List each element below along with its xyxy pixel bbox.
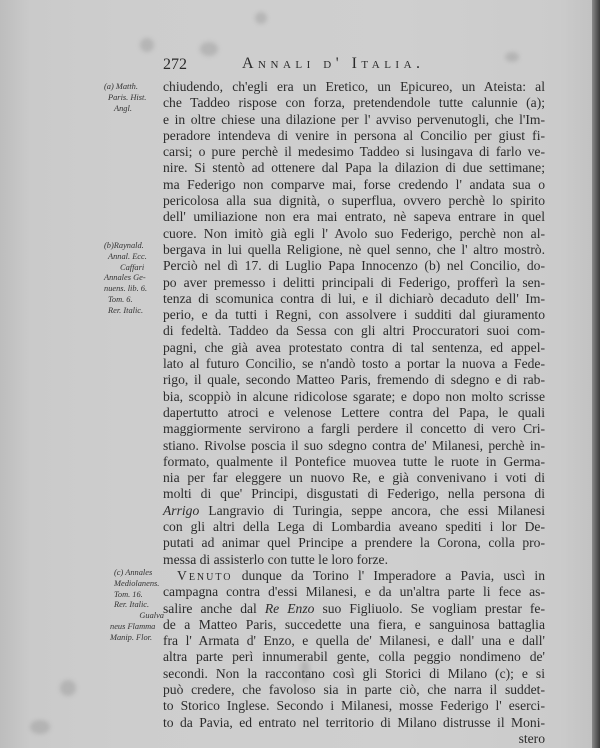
margin-note-line: Tom. 6. [104,295,164,306]
text-line: bia, scoppiò in alcune ridicolose sgarat… [163,389,545,405]
italic-name-re-enzo: Re Enzo [265,601,315,616]
text-line: cuore. Non imitò già egli l' Avolo suo F… [163,226,545,242]
text-line: che Taddeo rispose con forza, pretendend… [163,95,545,111]
text-line: fra l' Armata d' Enzo, e quella de' Mila… [163,633,545,649]
margin-note-c: (c) Annales Mediolanens. Tom. 16. Rer. I… [104,568,164,644]
running-title: Annali d' Italia. [242,55,425,73]
text-line: molti di que' Principi, disgustati di Fe… [163,486,545,502]
text-line: dell' umiliazione non era mai entrato, n… [163,209,545,225]
text-line: con gli altri della Lega di Lombardia av… [163,519,545,535]
foxing-spot [30,720,50,734]
text-line: maggiormente servirono a fargli perdere … [163,421,545,437]
text-line: to da Pavia, ed entrato nel territorio d… [163,715,545,731]
margin-note-line: (a) Matth. [104,82,164,93]
text-line: lato al futuro Concilio, se n'andò tosto… [163,356,545,372]
text-line: pagni, che già avea protestato contra di… [163,340,545,356]
margin-note-line: Tom. 16. [104,590,164,601]
text-fragment: Langravio di Turingia, seppe ancora, che… [199,503,545,518]
text-fragment: suo Figliuolo. Se vogliam prestar fe- [314,601,545,616]
text-fragment: dunque da Torino l' Imperadore a Pavia, … [233,568,545,583]
text-line: carsi; o pure perchè il medesimo Taddeo … [163,144,545,160]
margin-note-line: (b)Raynald. [104,241,164,252]
foxing-spot [60,680,76,696]
text-line: pericolosa alla sua dignità, o superflua… [163,193,545,209]
margin-note-line: Paris. Hist. [104,93,164,104]
margin-note-line: neus Flamma [104,622,164,633]
catchword: stero [163,731,545,747]
text-line: nire. Si stentò ad ottenere dal Papa la … [163,160,545,176]
text-line: putati ad animar quel Principe a prender… [163,535,545,551]
margin-note-line: (c) Annales [104,568,164,579]
text-line: e in oltre chiese una dilazione per l' a… [163,112,545,128]
text-line: perio, e da tutti i Regni, con assolvere… [163,307,545,323]
margin-note-line: Caffari [104,263,164,274]
text-line: può credere, che favoloso sia in parte c… [163,682,545,698]
text-line: Perciò nel dì 17. di Luglio Papa Innocen… [163,258,545,274]
text-line: secondi. Non la raccontano così gli Stor… [163,666,545,682]
text-line: de a Matteo Paris, succedette una fiera,… [163,617,545,633]
text-line: nia per far eleggere un nuovo Re, e già … [163,470,545,486]
text-line: ma Federigo non comparve mai, forse cred… [163,177,545,193]
margin-note-line: Annales Ge- [104,273,164,284]
text-line: chiudendo, ch'egli era un Eretico, un Ep… [163,79,545,95]
text-line: Venuto dunque da Torino l' Imperadore a … [163,568,545,584]
text-line: bergava in lui quella Religione, nè quel… [163,242,545,258]
scanned-page: 272 Annali d' Italia. (a) Matth. Paris. … [0,0,592,748]
page-edge-shadow [592,0,600,748]
page-header: 272 Annali d' Italia. [163,56,543,78]
margin-note-b: (b)Raynald. Annal. Ecc. Caffari Annales … [104,241,164,317]
text-line: peradore intendeva di venire in persona … [163,128,545,144]
text-line: tenza di scomunica contra di lui, e il d… [163,291,545,307]
margin-note-line: Annal. Ecc. [104,252,164,263]
margin-note-line: Manip. Flor. [104,633,164,644]
margin-note-line: Rer. Italic. [104,600,164,611]
text-line: altra parte perì innumerabil gente, coll… [163,649,545,665]
body-text: chiudendo, ch'egli era un Eretico, un Ep… [163,79,545,747]
text-line: dapertutto atroci e velenose Lettere con… [163,405,545,421]
text-line: to Storico Inglese. Secondo i Milanesi, … [163,698,545,714]
page-number: 272 [163,56,187,74]
foxing-spot [200,42,218,56]
text-line: di fedeltà. Taddeo da Sessa con gli altr… [163,323,545,339]
margin-note-a: (a) Matth. Paris. Hist. Angl. [104,82,164,114]
text-line: formato, qualmente il Pontefice muovea t… [163,454,545,470]
text-line: messa di assisterlo con tutte le loro fo… [163,552,545,568]
margin-note-line: Gualva [104,611,164,622]
text-fragment: salire anche dal [163,601,265,616]
margin-note-line: Rer. Italic. [104,306,164,317]
text-line: stiano. Rivolse poscia il suo sdegno con… [163,438,545,454]
small-caps-opening: Venuto [177,568,233,583]
foxing-spot [140,38,154,52]
italic-name-arrigo: Arrigo [163,503,199,518]
text-line: campagna contra d'essi Milanesi, e da un… [163,584,545,600]
text-line: salire anche dal Re Enzo suo Figliuolo. … [163,601,545,617]
margin-note-line: Mediolanens. [104,579,164,590]
text-line: Arrigo Langravio di Turingia, seppe anco… [163,503,545,519]
margin-note-line: Angl. [104,104,164,115]
foxing-spot [255,12,267,24]
text-line: rigo, il quale, secondo Matteo Paris, fr… [163,372,545,388]
text-line: po aver premesso i delitti principali di… [163,275,545,291]
margin-note-line: nuens. lib. 6. [104,284,164,295]
